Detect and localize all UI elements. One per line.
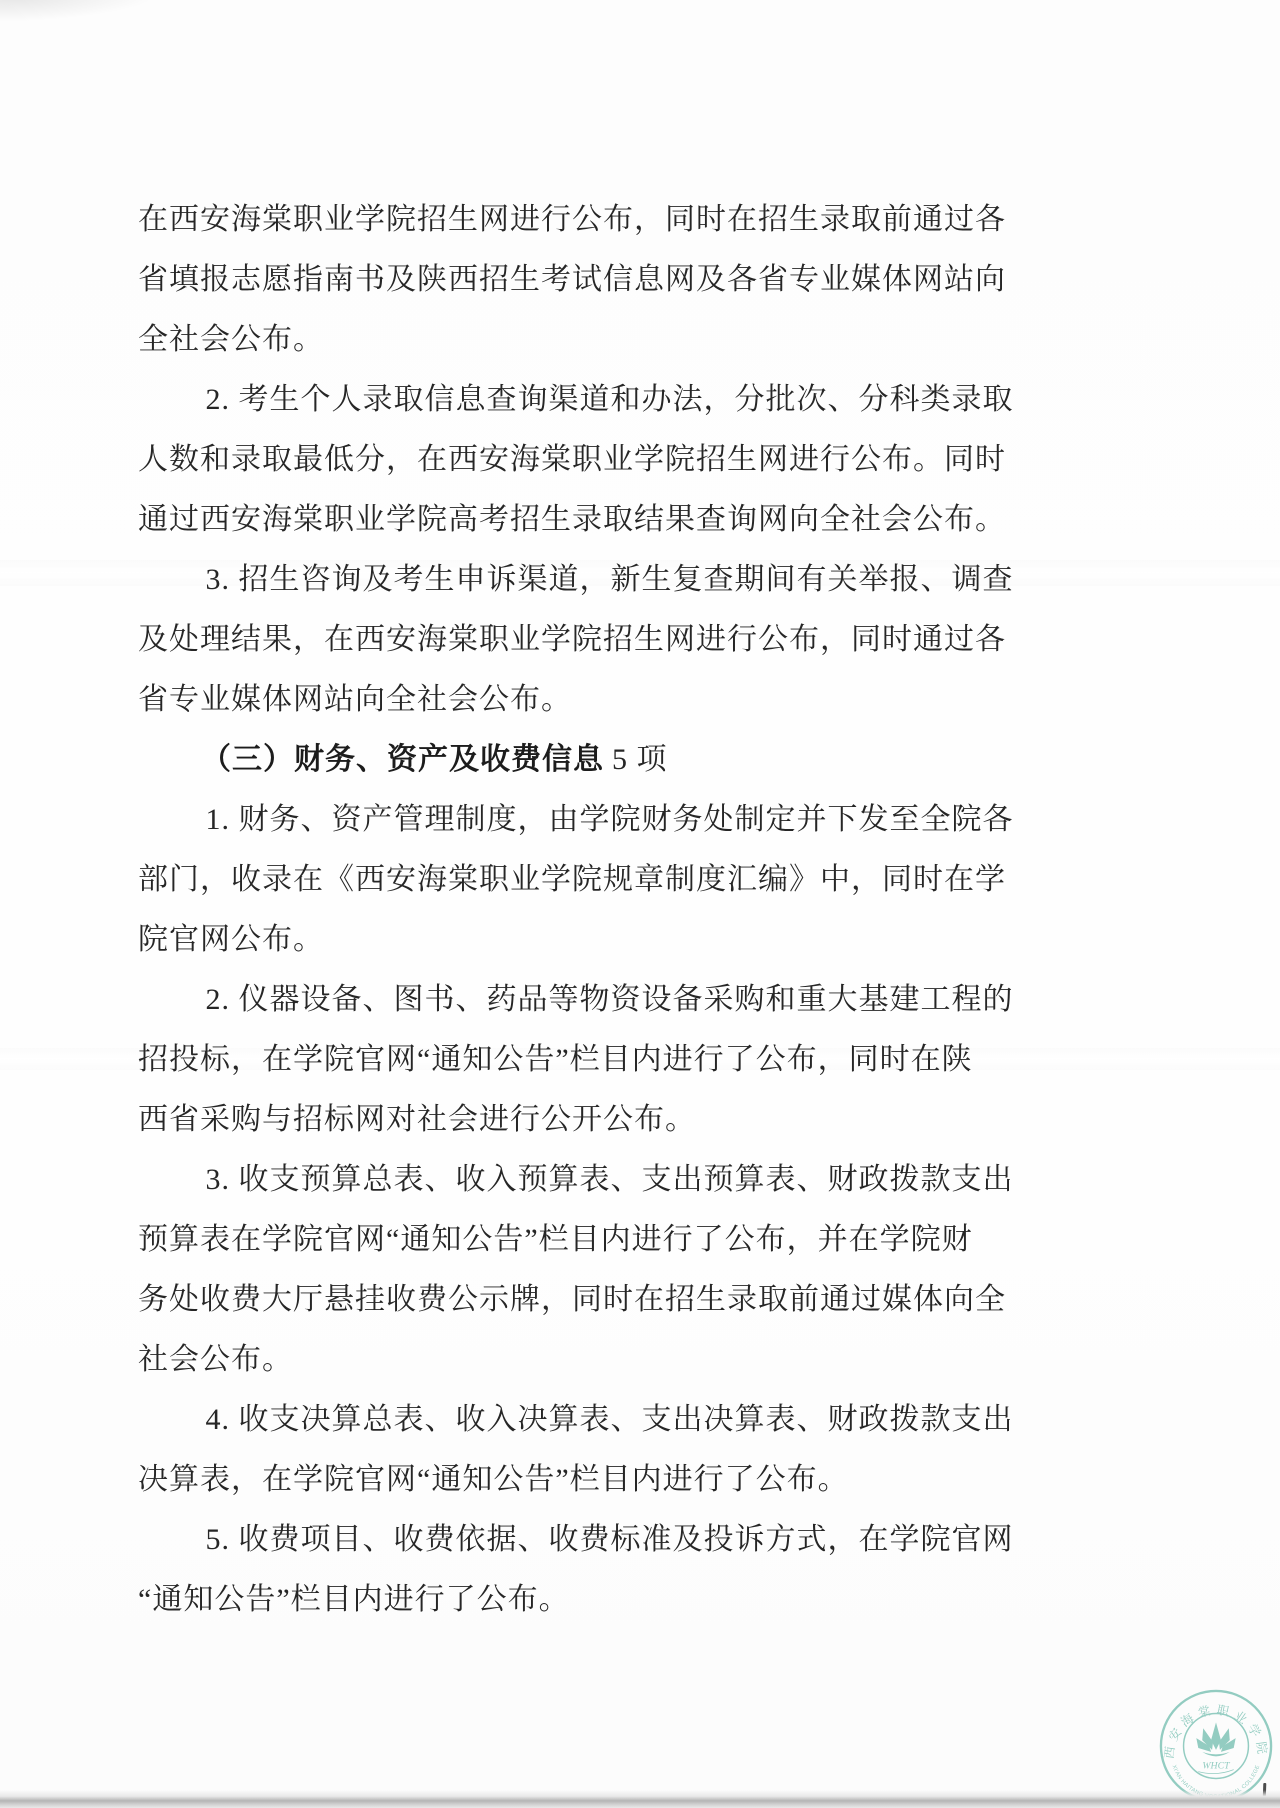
paragraph: 2. 仪器设备、图书、药品等物资设备采购和重大基建工程的招投标，在学院官网“通知… <box>138 970 964 1150</box>
text-line: 招投标，在学院官网“通知公告”栏目内进行了公布，同时在陕 <box>138 1030 964 1090</box>
section-heading-bold-text: （三）财务、资产及收费信息 <box>201 743 604 776</box>
paragraph: 3. 收支预算总表、收入预算表、支出预算表、财政拨款支出预算表在学院官网“通知公… <box>138 1150 964 1390</box>
seal-flower-icon <box>1196 1722 1235 1756</box>
document-body: 在西安海棠职业学院招生网进行公布，同时在招生录取前通过各省填报志愿指南书及陕西招… <box>138 190 964 1630</box>
text-line: 部门，收录在《西安海棠职业学院规章制度汇编》中，同时在学 <box>138 850 964 910</box>
text-line: 通过西安海棠职业学院高考招生录取结果查询网向全社会公布。 <box>138 490 964 550</box>
text-line: 3. 收支预算总表、收入预算表、支出预算表、财政拨款支出 <box>138 1150 964 1210</box>
text-line: 预算表在学院官网“通知公告”栏目内进行了公布，并在学院财 <box>138 1210 964 1270</box>
paragraph: 在西安海棠职业学院招生网进行公布，同时在招生录取前通过各省填报志愿指南书及陕西招… <box>138 190 964 370</box>
section-heading-line: （三）财务、资产及收费信息5 项 <box>138 730 964 790</box>
text-line: 及处理结果，在西安海棠职业学院招生网进行公布，同时通过各 <box>138 610 964 670</box>
text-line: 社会公布。 <box>138 1330 964 1390</box>
scan-smudge <box>0 0 161 23</box>
paragraph: 2. 考生个人录取信息查询渠道和办法，分批次、分科类录取人数和录取最低分，在西安… <box>138 370 964 550</box>
text-line: 4. 收支决算总表、收入决算表、支出决算表、财政拨款支出 <box>138 1390 964 1450</box>
document-page: 在西安海棠职业学院招生网进行公布，同时在招生录取前通过各省填报志愿指南书及陕西招… <box>0 0 1280 1808</box>
text-line: 省填报志愿指南书及陕西招生考试信息网及各省专业媒体网站向 <box>138 250 964 310</box>
text-line: 2. 考生个人录取信息查询渠道和办法，分批次、分科类录取 <box>138 370 964 430</box>
section-heading-count: 5 项 <box>612 743 668 776</box>
college-seal: 西安海棠职业学院 XI'AN HAITANG VOCATIONAL COLLEG… <box>1157 1687 1275 1805</box>
seal-monogram: WHCT <box>1202 1761 1231 1772</box>
text-line: 院官网公布。 <box>138 910 964 970</box>
text-line: 在西安海棠职业学院招生网进行公布，同时在招生录取前通过各 <box>138 190 964 250</box>
text-line: 省专业媒体网站向全社会公布。 <box>138 670 964 730</box>
paragraph: 4. 收支决算总表、收入决算表、支出决算表、财政拨款支出决算表，在学院官网“通知… <box>138 1390 964 1510</box>
text-line: “通知公告”栏目内进行了公布。 <box>138 1570 964 1630</box>
text-line: 人数和录取最低分，在西安海棠职业学院招生网进行公布。同时 <box>138 430 964 490</box>
text-line: 西省采购与招标网对社会进行公开公布。 <box>138 1090 964 1150</box>
text-line: 务处收费大厅悬挂收费公示牌，同时在招生录取前通过媒体向全 <box>138 1270 964 1330</box>
paragraph: 3. 招生咨询及考生申诉渠道，新生复查期间有关举报、调查及处理结果，在西安海棠职… <box>138 550 964 730</box>
text-line: 1. 财务、资产管理制度，由学院财务处制定并下发至全院各 <box>138 790 964 850</box>
paragraph: 1. 财务、资产管理制度，由学院财务处制定并下发至全院各部门，收录在《西安海棠职… <box>138 790 964 970</box>
text-line: 3. 招生咨询及考生申诉渠道，新生复查期间有关举报、调查 <box>138 550 964 610</box>
section-heading: （三）财务、资产及收费信息5 项 <box>138 730 964 790</box>
paragraph: 5. 收费项目、收费依据、收费标准及投诉方式，在学院官网“通知公告”栏目内进行了… <box>138 1510 964 1630</box>
text-line: 5. 收费项目、收费依据、收费标准及投诉方式，在学院官网 <box>138 1510 964 1570</box>
text-line: 全社会公布。 <box>138 310 964 370</box>
text-line: 决算表，在学院官网“通知公告”栏目内进行了公布。 <box>138 1450 964 1510</box>
text-line: 2. 仪器设备、图书、药品等物资设备采购和重大基建工程的 <box>138 970 964 1030</box>
page-edge-shadow <box>0 1790 1280 1808</box>
